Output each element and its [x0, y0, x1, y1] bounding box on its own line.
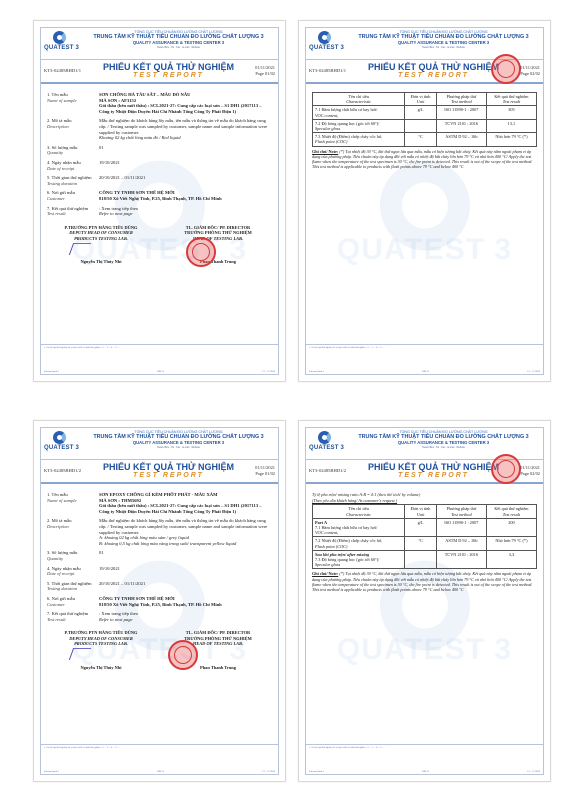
page-number: Page 02/02: [520, 71, 540, 77]
field-description: 2. Mô tả mẫuDescription Mẫu thử nghiệm d…: [47, 518, 272, 546]
watermark-text: QUATEST 3: [306, 233, 543, 267]
note: Ghi chú/ Note: (*) Tại nhiệt độ 30 °C, k…: [312, 149, 537, 170]
table-row: 7.2 Nhiệt độ (Điểm) chớp cháy cốc hở,Fla…: [313, 537, 537, 550]
signature-scribble: [69, 648, 91, 660]
results-table: Tên chỉ tiêuCharacteristic Đơn vị tínhUn…: [312, 92, 537, 147]
signature-block: P.TRƯỞNG PTN HÀNG TIÊU DÙNG DEPUTY HEAD …: [47, 225, 272, 265]
signature-scribble: [69, 243, 91, 255]
field-description: 2. Mô tả mẫuDescription Mẫu thử nghiệm d…: [47, 118, 272, 140]
title-bar: KT3-02485BHD1/1 PHIẾU KẾT QUẢ THỬ NGHIỆM…: [306, 60, 543, 84]
watermark-text: QUATEST 3: [306, 633, 543, 667]
title-vn: PHIẾU KẾT QUẢ THỬ NGHIỆM: [364, 462, 503, 472]
report-1-page-2: QUATEST 3 QUATEST 3 TỔNG CỤC TIÊU CHUẨN …: [298, 20, 551, 382]
title-en: TEST REPORT: [364, 472, 503, 479]
field-customer: 6. Nơi gửi mẫuCustomer CÔNG TY TNHH SƠN …: [47, 596, 272, 607]
quatest-logo: QUATEST 3: [44, 431, 78, 451]
report-code: KT3-02485BHD1/2: [309, 468, 346, 473]
red-seal-stamp: [491, 54, 521, 84]
field-receipt-date: 4. Ngày nhận mẫuDate of receipt 19/10/20…: [47, 566, 272, 577]
field-quantity: 3. Số lượng mẫuQuantity 01: [47, 145, 272, 156]
quatest-logo-icon: [318, 431, 331, 444]
page-number: Page 01/02: [255, 71, 275, 77]
report-1-page-1: QUATEST 3 QUATEST 3 TỔNG CỤC TIÊU CHUẨN …: [33, 20, 286, 382]
field-test-result: 7. Kết quả thử nghiệmTest result : Xem t…: [47, 611, 272, 622]
quatest-logo-icon: [53, 431, 66, 444]
quatest-logo-icon: [318, 31, 331, 44]
note: Ghi chú/ Note: (*) Tại nhiệt độ 30 °C, k…: [312, 571, 537, 592]
footer-notes: 1. Các kết quả thử nghiệm chỉ có giá trị…: [41, 344, 278, 374]
field-duration: 5. Thời gian thử nghiệmTesting duration …: [47, 581, 272, 592]
table-row: 7.1 Hàm lượng chất hữu cơ bay hơi/VOC co…: [313, 106, 537, 119]
title-vn: PHIẾU KẾT QUẢ THỬ NGHIỆM: [99, 462, 238, 472]
letterhead: QUATEST 3 TỔNG CỤC TIÊU CHUẨN ĐO LƯỜNG C…: [41, 28, 278, 60]
page-number: Page 02/02: [520, 471, 540, 477]
footer-notes: 1. Các kết quả thử nghiệm chỉ có giá trị…: [41, 744, 278, 774]
report-2-page-1: QUATEST 3 QUATEST 3 TỔNG CỤC TIÊU CHUẨN …: [33, 420, 286, 782]
table-row: 7.2 Độ bóng quang học (góc tới 60°)/Spec…: [313, 119, 537, 132]
field-customer: 6. Nơi gửi mẫuCustomer CÔNG TY TNHH SƠN …: [47, 190, 272, 201]
letterhead: QUATEST 3 TỔNG CỤC TIÊU CHUẨN ĐO LƯỜNG C…: [41, 428, 278, 460]
field-duration: 5. Thời gian thử nghiệmTesting duration …: [47, 175, 272, 186]
red-seal-stamp: [186, 237, 216, 267]
quatest-logo: QUATEST 3: [44, 31, 78, 51]
report-2-page-2: QUATEST 3 QUATEST 3 TỔNG CỤC TIÊU CHUẨN …: [298, 420, 551, 782]
quatest-logo: QUATEST 3: [309, 31, 343, 51]
results-table: Tên chỉ tiêuCharacteristic Đơn vị tínhUn…: [312, 504, 537, 569]
field-quantity: 3. Số lượng mẫuQuantity 01: [47, 550, 272, 561]
title-bar: KT3-02485BHD1/1 PHIẾU KẾT QUẢ THỬ NGHIỆM…: [41, 60, 278, 84]
page-number: Page 01/02: [255, 471, 275, 477]
quatest-logo: QUATEST 3: [309, 431, 343, 451]
customer-request: (Theo yêu cầu khách hàng/ As customer's …: [312, 498, 537, 503]
footer-notes: 1. Các kết quả thử nghiệm chỉ có giá trị…: [306, 344, 543, 374]
contact-line: Head office · Tel · Fax · E-mail · Websi…: [81, 46, 276, 49]
table-row: Part A7.1 Hàm lượng chất hữu cơ bay hơi/…: [313, 518, 537, 537]
report-code: KT3-02485BHD1/1: [44, 68, 81, 73]
footer-notes: 1. Các kết quả thử nghiệm chỉ có giá trị…: [306, 744, 543, 774]
title-en: TEST REPORT: [99, 72, 238, 79]
table-row: 7.3 Nhiệt độ (Điểm) chớp cháy cốc hở,Fla…: [313, 133, 537, 146]
table-row: Sau khi pha trộn/ after mixing7.3 Độ bón…: [313, 550, 537, 569]
signature-block: P.TRƯỞNG PTN HÀNG TIÊU DÙNG DEPUTY HEAD …: [47, 630, 272, 670]
title-vn: PHIẾU KẾT QUẢ THỬ NGHIỆM: [364, 62, 503, 72]
watermark-logo: [380, 161, 470, 251]
contact-line: Head office · Tel · Fax · E-mail · Websi…: [346, 446, 541, 449]
field-sample-name: 1. Tên mẫuName of sample SƠN EPOXY CHỐNG…: [47, 492, 272, 514]
title-en: TEST REPORT: [364, 72, 503, 79]
title-vn: PHIẾU KẾT QUẢ THỬ NGHIỆM: [99, 62, 238, 72]
report-code: KT3-02485BHD1/2: [44, 468, 81, 473]
title-bar: KT3-02485BHD1/2 PHIẾU KẾT QUẢ THỬ NGHIỆM…: [306, 460, 543, 484]
field-receipt-date: 4. Ngày nhận mẫuDate of receipt 19/10/20…: [47, 160, 272, 171]
title-en: TEST REPORT: [99, 472, 238, 479]
report-code: KT3-02485BHD1/1: [309, 68, 346, 73]
mixing-ratio: Tỷ lệ pha trộn/ mixing ratio A:B = 4:1 (…: [312, 492, 537, 497]
contact-line: Head office · Tel · Fax · E-mail · Websi…: [346, 46, 541, 49]
field-test-result: 7. Kết quả thử nghiệmTest result : Xem t…: [47, 206, 272, 217]
field-sample-name: 1. Tên mẫuName of sample SƠN CHỐNG HÀ TÀ…: [47, 92, 272, 114]
contact-line: Head office · Tel · Fax · E-mail · Websi…: [81, 446, 276, 449]
red-seal-stamp: [491, 454, 521, 484]
title-bar: KT3-02485BHD1/2 PHIẾU KẾT QUẢ THỬ NGHIỆM…: [41, 460, 278, 484]
quatest-logo-icon: [53, 31, 66, 44]
